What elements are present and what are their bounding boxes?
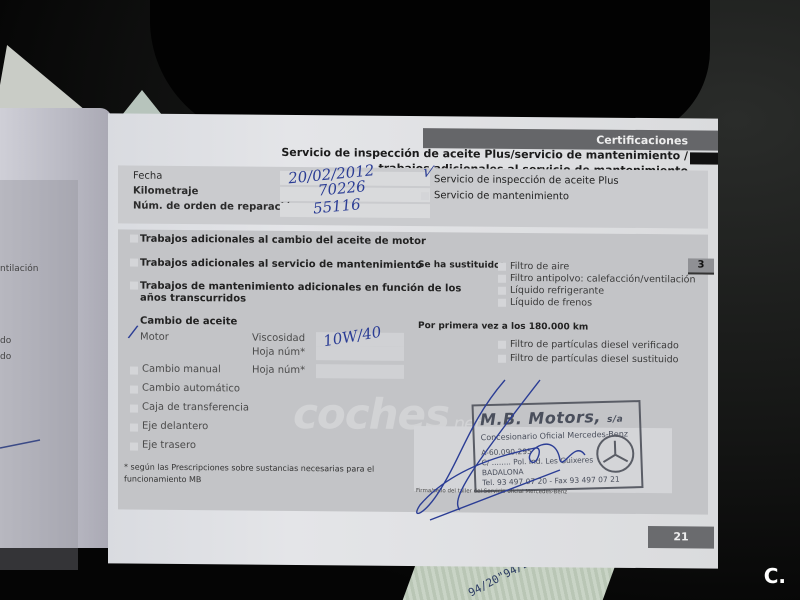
work-checkbox[interactable] bbox=[130, 259, 138, 267]
section-tab[interactable]: 3 bbox=[688, 258, 714, 274]
sheet-field[interactable] bbox=[316, 364, 404, 379]
replaced-item: Líquido refrigerante bbox=[510, 285, 604, 297]
stamp-company: M.B. Motors, s/a bbox=[480, 407, 624, 430]
sheet-label: Hoja núm* bbox=[252, 365, 305, 376]
dealer-stamp: M.B. Motors, s/a Concesionario Oficial M… bbox=[472, 400, 644, 492]
oil-checkbox[interactable] bbox=[130, 443, 138, 451]
black-tab bbox=[690, 152, 718, 164]
sheet-field[interactable] bbox=[316, 346, 404, 361]
replaced-checkbox[interactable] bbox=[498, 263, 506, 271]
section-header: Certificaciones bbox=[596, 134, 688, 148]
oil-row-motor: Motor bbox=[140, 332, 169, 343]
left-page-fragment: do bbox=[0, 336, 11, 346]
oil-checkbox[interactable] bbox=[130, 405, 138, 413]
replaced-checkbox[interactable] bbox=[498, 299, 506, 307]
stamp-line: A-60.090.295 bbox=[481, 447, 532, 457]
page-number: 21 bbox=[648, 526, 714, 549]
left-page-fragment: do bbox=[0, 352, 11, 362]
checkmark-icon: / bbox=[127, 321, 140, 343]
footnote: * según las Prescripciones sobre sustanc… bbox=[124, 461, 384, 487]
left-page: ntilación do do bbox=[0, 108, 112, 548]
service-record-box: Fecha Kilometraje Núm. de orden de repar… bbox=[118, 165, 708, 228]
oil-row: Cambio automático bbox=[142, 383, 240, 395]
replaced-heading: Se ha sustituido: bbox=[418, 260, 504, 271]
mercedes-star-icon bbox=[596, 434, 635, 473]
work-checkbox[interactable] bbox=[130, 235, 138, 243]
left-page-box bbox=[0, 180, 78, 570]
work-checkbox[interactable] bbox=[130, 282, 138, 290]
replaced-item: Filtro antipolvo: calefacción/ventilació… bbox=[510, 273, 695, 286]
viscosity-label: Viscosidad bbox=[252, 333, 305, 344]
replaced-item: Filtro de aire bbox=[510, 261, 569, 273]
oil-checkbox[interactable] bbox=[130, 367, 138, 375]
first-time-heading: Por primera vez a los 180.000 km bbox=[418, 321, 588, 332]
oil-row: Cambio manual bbox=[142, 364, 221, 376]
service-type-label: Servicio de mantenimiento bbox=[434, 190, 569, 202]
service-type-checkbox[interactable] bbox=[421, 192, 429, 200]
date-label: Fecha bbox=[133, 171, 162, 182]
replaced-checkbox[interactable] bbox=[498, 287, 506, 295]
oil-checkbox[interactable] bbox=[130, 386, 138, 394]
work-item-continued: años transcurridos bbox=[140, 293, 246, 305]
oil-row: Caja de transferencia bbox=[142, 402, 249, 414]
oil-checkbox[interactable] bbox=[130, 424, 138, 432]
dpf-checkbox[interactable] bbox=[498, 341, 506, 349]
left-page-fragment: ntilación bbox=[0, 264, 38, 274]
replaced-checkbox[interactable] bbox=[498, 275, 506, 283]
oil-row: Eje trasero bbox=[142, 440, 196, 451]
repair-order-label: Núm. de orden de reparación bbox=[133, 201, 298, 213]
replaced-item: Líquido de frenos bbox=[510, 297, 592, 309]
stamp-line: C/ ........ Pol. Ind. Les Guixeres bbox=[481, 455, 593, 467]
oil-change-heading: Cambio de aceite bbox=[140, 316, 237, 328]
sheet-label: Hoja núm* bbox=[252, 347, 305, 358]
stamp-line: BADALONA bbox=[482, 467, 524, 477]
dpf-checkbox[interactable] bbox=[498, 355, 506, 363]
oil-row: Eje delantero bbox=[142, 421, 208, 433]
service-type-label: Servicio de inspección de aceite Plus bbox=[434, 174, 619, 187]
mileage-label: Kilometraje bbox=[133, 186, 198, 198]
dpf-item: Filtro de partículas diesel verificado bbox=[510, 339, 679, 351]
dpf-item: Filtro de partículas diesel sustituido bbox=[510, 353, 678, 365]
work-item: Trabajos adicionales al servicio de mant… bbox=[140, 258, 422, 271]
right-page: Certificaciones Servicio de inspección d… bbox=[108, 113, 718, 568]
site-logo: C. bbox=[764, 564, 786, 588]
work-item: Trabajos adicionales al cambio del aceit… bbox=[140, 234, 426, 247]
